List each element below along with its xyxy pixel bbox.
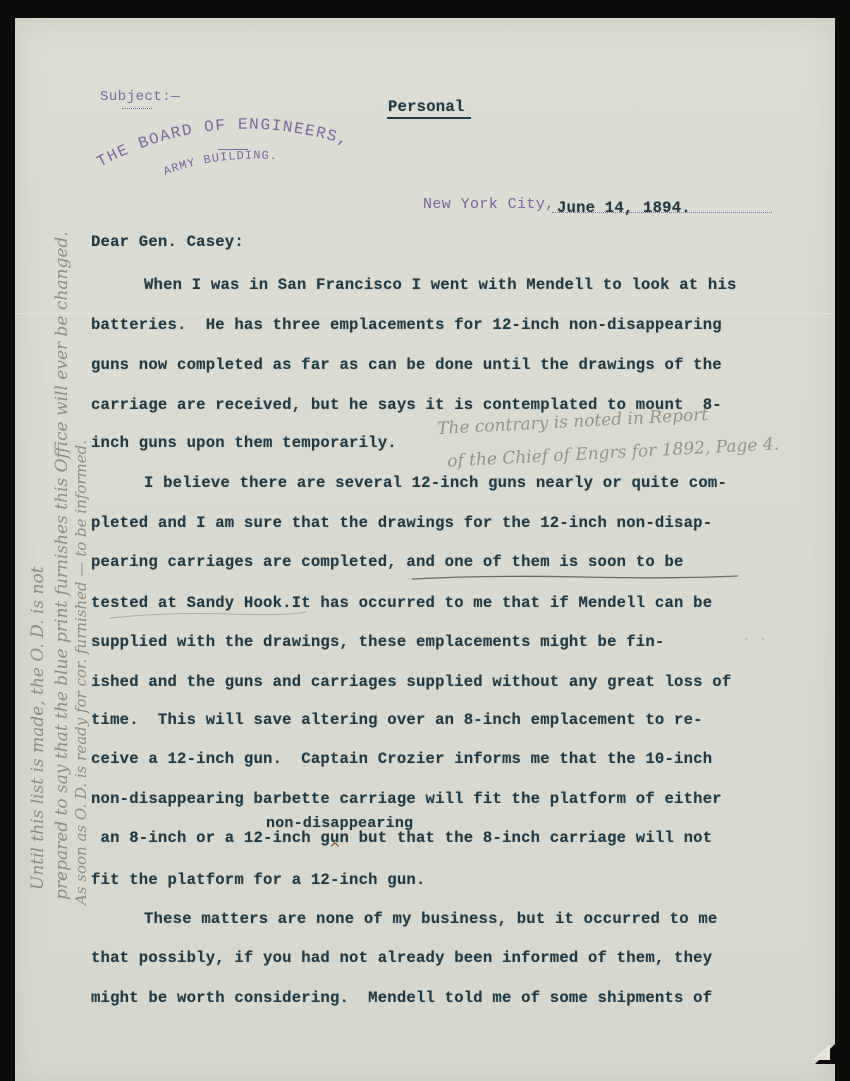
body-line: that possibly, if you had not already be… [91,949,712,967]
body-line: supplied with the drawings, these emplac… [91,633,664,651]
letterhead-rule [218,149,248,150]
body-line: batteries. He has three emplacements for… [91,316,722,334]
body-line: ceive a 12-inch gun. Captain Crozier inf… [91,750,712,768]
ink-smudge: · · [742,632,792,648]
margin-note-line-3: As soon as O. D. is ready for cor. furni… [72,440,90,905]
body-line: time. This will save altering over an 8-… [91,711,703,729]
body-line: I believe there are several 12-inch guns… [144,474,727,492]
salutation: Dear Gen. Casey: [91,233,244,251]
handwritten-underline-2 [108,608,308,622]
body-line: ished and the guns and carriages supplie… [91,673,731,691]
body-line: guns now completed as far as can be done… [91,356,722,374]
body-line: These matters are none of my business, b… [144,910,717,928]
personal-underline [387,117,471,119]
folded-corner [812,1044,830,1060]
body-line: non-disappearing barbette carriage will … [91,790,722,808]
paper-fold-line [15,313,835,314]
margin-note-line-1: Until this list is made, the O. D. is no… [28,566,48,890]
handwritten-underline [410,573,740,583]
subject-label: Subject:— [100,89,180,105]
body-line: pearing carriages are completed, and one… [91,553,684,571]
personal-marking: Personal [388,98,464,116]
building-name: ARMY BUILDING. [162,149,279,179]
letterhead-arc: THE BOARD OF ENGINEERS, ARMY BUILDING. [90,105,390,185]
typed-insertion: non-disappearing [266,815,413,832]
body-line: pleted and I am sure that the drawings f… [91,514,712,532]
letter-date: June 14, 1894. [557,199,691,217]
body-line: fit the platform for a 12-inch gun. [91,871,426,889]
body-line: inch guns upon them temporarily. [91,434,397,452]
body-line: might be worth considering. Mendell told… [91,989,712,1007]
insertion-caret: ^ [329,841,341,857]
city-label: New York City, [423,196,555,213]
margin-note-line-2: prepared to say that the blue print furn… [52,231,72,900]
body-line: When I was in San Francisco I went with … [144,276,737,294]
